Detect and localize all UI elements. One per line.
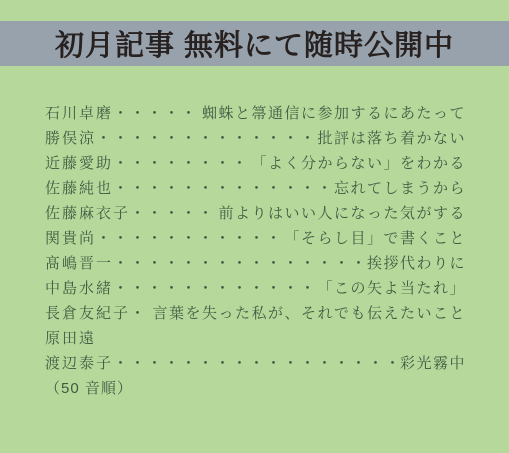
article-title: 忘れてしまうから [334,177,466,198]
toc-row: 石川卓磨 ・・・・・・・・・ 蜘蛛と箒通信に参加するにあたって [45,100,466,125]
dot-leader: ・・・・・・・・・・・・・・・・・・ [113,277,317,298]
author-name: 佐藤麻衣子 [45,202,130,223]
toc-row: 佐藤麻衣子 ・・・・・・・・・ 前よりはいい人になった気がする [45,200,466,225]
promo-banner: 初月記事 無料にて随時公開中 石川卓磨 ・・・・・・・・・ 蜘蛛と箒通信に参加す… [0,0,509,453]
header-bar: 初月記事 無料にて随時公開中 [0,21,509,66]
author-name: 勝俣涼 [45,127,96,148]
author-name: 中島水緒 [45,277,113,298]
dot-leader: ・・・・・・・・・・・・・・・・・・ [96,127,317,148]
author-name: 関貴尚 [45,227,96,248]
toc-row: 勝俣涼 ・・・・・・・・・・・・・・・・・・ 批評は落ち着かない [45,125,466,150]
page-title: 初月記事 無料にて随時公開中 [55,23,454,64]
article-title: 「そらし目」で書くこと [284,227,466,248]
toc-row: 髙嶋晋一 ・・・・・・・・・・・・・・・・・・・・ 挨拶代わりに [45,250,466,275]
article-title: 「この矢よ当たれ」 [317,277,466,298]
article-title: 言葉を失った私が、それでも伝えたいこと [152,302,466,323]
article-title: 批評は落ち着かない [317,127,466,148]
dot-leader: ・・・・・・・・・・・・・・・・・・・・ [113,252,367,273]
dot-leader: ・・・・・・・・・ [130,202,218,223]
toc-row: 佐藤純也 ・・・・・・・・・・・・・・・・・ 忘れてしまうから [45,175,466,200]
article-title: 蜘蛛と箒通信に参加するにあたって [202,102,466,123]
dot-leader: ・・・・・・・・・・・・ [113,152,251,173]
article-title: 「よく分からない」をわかる [251,152,466,173]
author-name: 髙嶋晋一 [45,252,113,273]
dot-leader: ・・・・・・・・・・・・・・・・ [96,227,284,248]
author-name: 石川卓磨 [45,102,113,123]
table-of-contents: 石川卓磨 ・・・・・・・・・ 蜘蛛と箒通信に参加するにあたって 勝俣涼 ・・・・… [0,66,509,400]
dot-leader: ・・・・ [130,302,152,323]
toc-row: 渡辺泰子 ・・・・・・・・・・・・・・・・・・・・・・・ 彩光霧中 [45,350,466,375]
article-title: 彩光霧中 [400,352,466,373]
toc-row: 中島水緒 ・・・・・・・・・・・・・・・・・・ 「この矢よ当たれ」 [45,275,466,300]
toc-row: 原田遠 [45,325,466,350]
sort-order-note: （50 音順） [45,375,466,400]
dot-leader: ・・・・・・・・・ [113,102,202,123]
toc-row: 長倉友紀子 ・・・・ 言葉を失った私が、それでも伝えたいこと [45,300,466,325]
author-name: 佐藤純也 [45,177,113,198]
dot-leader: ・・・・・・・・・・・・・・・・・・・・・・・ [113,352,400,373]
author-name: 近藤愛助 [45,152,113,173]
author-name: 原田遠 [45,327,96,348]
author-name: 長倉友紀子 [45,302,130,323]
article-title: 挨拶代わりに [367,252,466,273]
toc-row: 関貴尚 ・・・・・・・・・・・・・・・・ 「そらし目」で書くこと [45,225,466,250]
toc-row: 近藤愛助 ・・・・・・・・・・・・ 「よく分からない」をわかる [45,150,466,175]
author-name: 渡辺泰子 [45,352,113,373]
article-title: 前よりはいい人になった気がする [218,202,466,223]
dot-leader: ・・・・・・・・・・・・・・・・・ [113,177,334,198]
